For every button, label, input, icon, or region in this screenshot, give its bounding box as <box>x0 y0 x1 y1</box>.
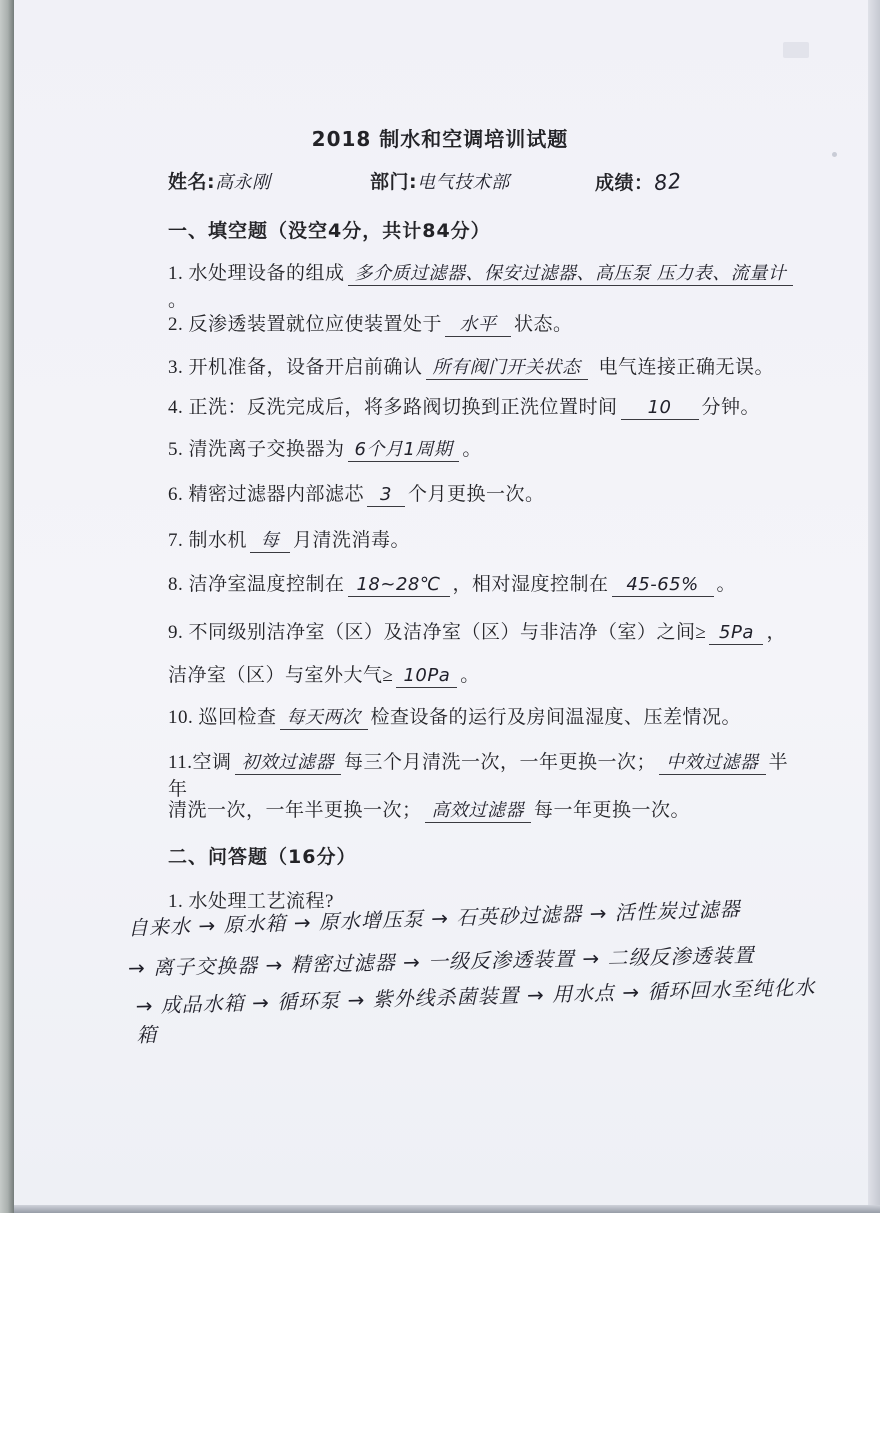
q9-answer-blank-1: 5Pa <box>709 623 763 645</box>
q7-handwritten-answer: 每 <box>261 530 280 551</box>
exam-title: 2018 制水和空调培训试题 <box>0 126 880 153</box>
q2-text: 2. 反渗透装置就位应使装置处于 <box>168 314 442 335</box>
scan-paper: 2018 制水和空调培训试题 姓名:高永刚 部门:电气技术部 成绩：82 一、填… <box>0 0 880 1213</box>
question-9-line2: 洁净室（区）与室外大气≥10Pa。 <box>168 662 804 689</box>
q3-handwritten-answer: 所有阀门开关状态 <box>433 357 581 378</box>
dept-handwritten-value: 电气技术部 <box>417 172 510 193</box>
q9-answer-blank-2: 10Pa <box>396 666 457 688</box>
q9-handwritten-answer-1: 5Pa <box>719 622 754 643</box>
question-11-line2: 清洗一次，一年半更换一次；高效过滤器每一年更换一次。 <box>168 797 804 824</box>
question-5: 5. 清洗离子交换器为6个月1周期。 <box>168 436 804 463</box>
score-handwritten-value: 82 <box>652 168 682 198</box>
q11-handwritten-answer-2: 中效过滤器 <box>666 752 759 773</box>
q8-handwritten-answer-1: 18~28℃ <box>356 574 440 595</box>
q6-answer-blank: 3 <box>367 485 405 507</box>
q8-handwritten-answer-2: 45-65% <box>626 574 698 595</box>
q5-handwritten-answer: 6个月1周期 <box>355 439 453 460</box>
q4-suffix: 分钟。 <box>702 397 761 418</box>
question-8: 8. 洁净室温度控制在18~28℃，相对湿度控制在45-65%。 <box>168 571 804 598</box>
q4-text: 4. 正洗：反洗完成后，将多路阀切换到正洗位置时间 <box>168 397 618 418</box>
section1-heading: 一、填空题（没空4分，共计84分） <box>168 218 804 245</box>
q2-suffix: 状态。 <box>514 314 573 335</box>
q1-answer-blank: 多介质过滤器、保安过滤器、高压泵 压力表、流量计 <box>348 264 794 286</box>
scan-right-edge <box>868 0 880 1213</box>
q1-handwritten-answer: 多介质过滤器、保安过滤器、高压泵 压力表、流量计 <box>355 263 787 284</box>
q7-text: 7. 制水机 <box>168 530 247 551</box>
question-9-line1: 9. 不同级别洁净室（区）及洁净室（区）与非洁净（室）之间≥5Pa， <box>168 619 804 646</box>
q8-answer-blank-2: 45-65% <box>612 575 714 597</box>
question-7: 7. 制水机每月清洗消毒。 <box>168 527 804 554</box>
q5-answer-blank: 6个月1周期 <box>348 440 460 462</box>
scan-left-edge <box>0 0 14 1213</box>
name-field: 姓名:高永刚 <box>168 169 271 196</box>
q9-handwritten-answer-2: 10Pa <box>403 665 450 686</box>
scanned-exam-page: 2018 制水和空调培训试题 姓名:高永刚 部门:电气技术部 成绩：82 一、填… <box>0 0 880 1449</box>
q6-text: 6. 精密过滤器内部滤芯 <box>168 484 364 505</box>
q11-text: 11.空调 <box>168 752 232 773</box>
q9-text: 9. 不同级别洁净室（区）及洁净室（区）与非洁净（室）之间≥ <box>168 622 706 643</box>
question-2: 2. 反渗透装置就位应使装置处于水平状态。 <box>168 311 804 338</box>
question-4: 4. 正洗：反洗完成后，将多路阀切换到正洗位置时间10分钟。 <box>168 394 804 421</box>
q11-handwritten-answer-1: 初效过滤器 <box>242 752 335 773</box>
q10-handwritten-answer: 每天两次 <box>287 707 361 728</box>
name-label: 姓名: <box>168 171 215 193</box>
q2-handwritten-answer: 水平 <box>460 314 497 335</box>
q9-text2: 洁净室（区）与室外大气≥ <box>168 665 393 686</box>
q11-mid1: 每三个月清洗一次，一年更换一次； <box>344 752 656 773</box>
q8-answer-blank-1: 18~28℃ <box>348 575 450 597</box>
q8-suffix: 。 <box>717 574 737 595</box>
q11-text2: 清洗一次，一年半更换一次； <box>168 800 422 821</box>
q5-suffix: 。 <box>462 439 482 460</box>
q2-answer-blank: 水平 <box>445 315 511 337</box>
question-6: 6. 精密过滤器内部滤芯3个月更换一次。 <box>168 481 804 508</box>
q8-text: 8. 洁净室温度控制在 <box>168 574 345 595</box>
scan-artifact <box>783 42 809 58</box>
question-11-line1: 11.空调初效过滤器每三个月清洗一次，一年更换一次；中效过滤器半年 <box>168 749 804 803</box>
name-handwritten-value: 高永刚 <box>215 172 271 193</box>
question-10: 10. 巡回检查每天两次检查设备的运行及房间温湿度、压差情况。 <box>168 704 804 731</box>
q11-answer-blank-3: 高效过滤器 <box>425 801 532 823</box>
q10-text: 10. 巡回检查 <box>168 707 277 728</box>
q6-suffix: 个月更换一次。 <box>408 484 545 505</box>
q1-suffix: 。 <box>168 290 188 311</box>
score-label: 成绩： <box>595 172 654 194</box>
question-1: 1. 水处理设备的组成多介质过滤器、保安过滤器、高压泵 压力表、流量计。 <box>168 260 804 314</box>
section2-heading: 二、问答题（16分） <box>168 844 804 871</box>
dept-field: 部门:电气技术部 <box>370 169 510 196</box>
q9-mid: ， <box>766 622 786 643</box>
q7-answer-blank: 每 <box>250 531 290 553</box>
q11-handwritten-answer-3: 高效过滤器 <box>432 800 525 821</box>
q7-suffix: 月清洗消毒。 <box>293 530 410 551</box>
question-3: 3. 开机准备，设备开启前确认所有阀门开关状态电气连接正确无误。 <box>168 354 804 381</box>
q4-handwritten-answer: 10 <box>648 397 672 418</box>
handwritten-flow-line-3: → 成品水箱 → 循环泵 → 紫外线杀菌装置 → 用水点 → 循环回水至纯化水箱 <box>135 971 816 1048</box>
q3-text: 3. 开机准备，设备开启前确认 <box>168 357 423 378</box>
q9-suffix: 。 <box>460 665 480 686</box>
q1-text: 1. 水处理设备的组成 <box>168 263 345 284</box>
q3-suffix: 电气连接正确无误。 <box>599 357 775 378</box>
q8-mid: ，相对湿度控制在 <box>453 574 609 595</box>
q11-suffix: 每一年更换一次。 <box>534 800 690 821</box>
scan-bottom-edge <box>14 1205 880 1213</box>
q5-text: 5. 清洗离子交换器为 <box>168 439 345 460</box>
q11-answer-blank-1: 初效过滤器 <box>235 753 342 775</box>
score-field: 成绩：82 <box>595 169 681 197</box>
q6-handwritten-answer: 3 <box>380 484 392 505</box>
q10-suffix: 检查设备的运行及房间温湿度、压差情况。 <box>371 707 742 728</box>
q11-answer-blank-2: 中效过滤器 <box>659 753 766 775</box>
q4-answer-blank: 10 <box>621 398 699 420</box>
q10-answer-blank: 每天两次 <box>280 708 368 730</box>
q3-answer-blank: 所有阀门开关状态 <box>426 358 588 380</box>
dept-label: 部门: <box>370 171 417 193</box>
